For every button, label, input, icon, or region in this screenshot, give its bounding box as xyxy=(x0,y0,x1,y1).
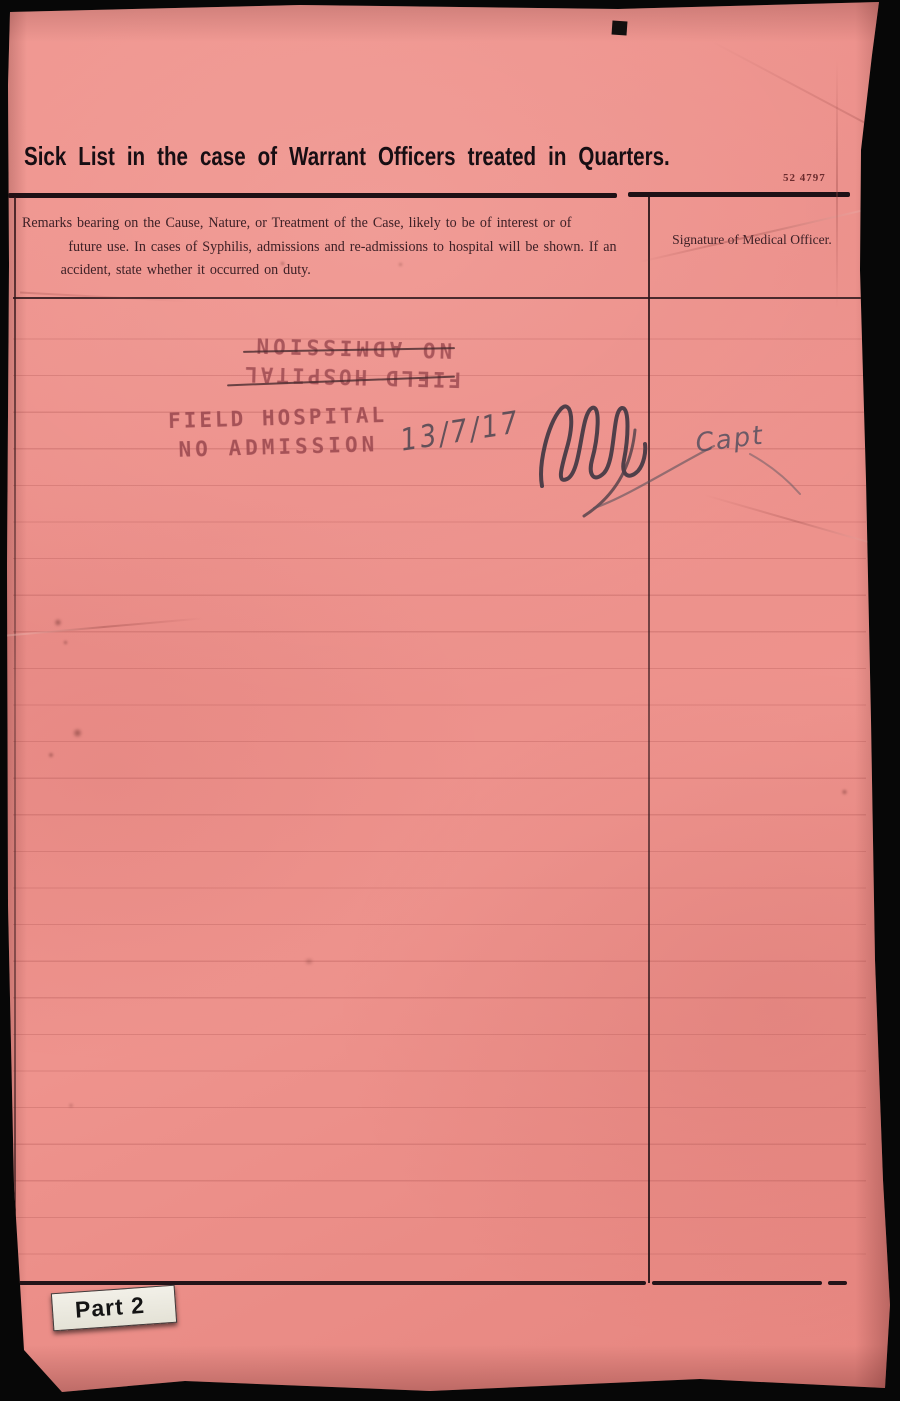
paper-stain xyxy=(841,789,848,795)
paper-stain xyxy=(54,618,62,627)
remarks-header-line: future use. In cases of Syphilis, admiss… xyxy=(22,236,630,260)
title-underline-right xyxy=(628,192,850,197)
stamp-line: FIELD HOSPITAL xyxy=(231,358,472,394)
column-divider-line xyxy=(648,197,650,1283)
ruled-lines xyxy=(13,303,866,1281)
stamp-line: NO ADMISSION xyxy=(232,329,473,365)
pen-flourish xyxy=(748,450,808,500)
remarks-header-line: accident, state whether it occurred on d… xyxy=(22,259,630,283)
header-row-underline xyxy=(13,297,862,299)
pen-flourish xyxy=(590,440,720,515)
paper-crease xyxy=(836,60,838,310)
handwritten-rank: Capt xyxy=(694,421,766,459)
paper-stain xyxy=(63,640,68,645)
paper-stain xyxy=(48,752,54,758)
page-title: Sick List in the case of Warrant Officer… xyxy=(24,141,670,172)
remarks-header-line: Remarks bearing on the Cause, Nature, or… xyxy=(22,212,630,236)
strike-through-line xyxy=(243,347,455,353)
strike-through-line xyxy=(227,376,455,387)
stamp-line: FIELD HOSPITAL xyxy=(157,401,398,437)
handwritten-date: 13/7/17 xyxy=(398,405,523,459)
table-bottom-border-left xyxy=(14,1281,646,1285)
registration-mark xyxy=(612,20,628,35)
paper-stain xyxy=(68,1103,74,1108)
remarks-column-header: Remarks bearing on the Cause, Nature, or… xyxy=(22,212,652,283)
title-underline-left xyxy=(8,193,617,198)
field-hospital-stamp: FIELD HOSPITAL NO ADMISSION xyxy=(157,401,399,466)
signature-column-header: Signature of Medical Officer. xyxy=(656,233,848,249)
stamp-line: NO ADMISSION xyxy=(158,430,399,466)
table-bottom-border-right xyxy=(828,1281,847,1285)
paper-stain xyxy=(398,262,403,267)
paper-crease xyxy=(20,292,190,303)
form-number: 52 4797 xyxy=(783,172,826,184)
paper-crease xyxy=(712,41,898,141)
paper-stain xyxy=(303,958,315,965)
medical-officer-signature xyxy=(536,386,656,526)
pink-form-paper: Sick List in the case of Warrant Officer… xyxy=(0,0,900,1401)
paper-stain xyxy=(72,728,83,738)
part-label: Part 2 xyxy=(51,1285,177,1332)
paper-crease xyxy=(4,617,203,636)
table-left-border xyxy=(14,197,16,1283)
paper-stain xyxy=(280,261,285,266)
table-bottom-border-mid xyxy=(652,1281,822,1285)
paper-crease xyxy=(703,494,886,548)
scanned-document-page: Sick List in the case of Warrant Officer… xyxy=(0,0,900,1401)
paper-crease xyxy=(639,203,891,263)
field-hospital-stamp-inverted: FIELD HOSPITAL NO ADMISSION xyxy=(231,329,472,394)
